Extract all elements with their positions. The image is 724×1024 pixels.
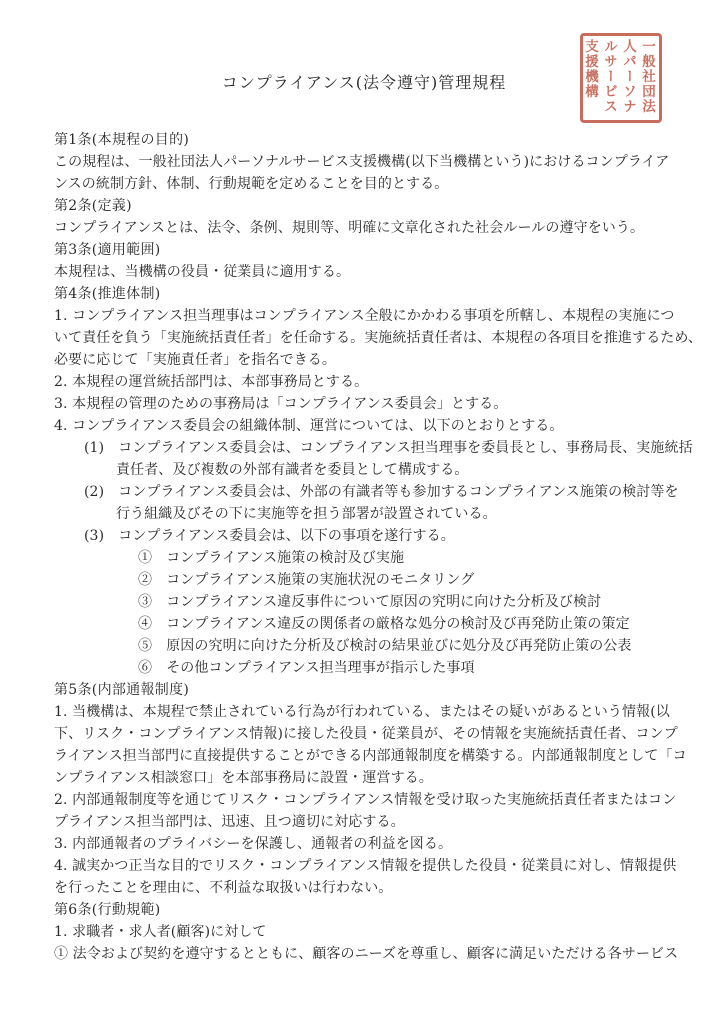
document-line: 第6条(行動規範) (54, 899, 676, 921)
document-line: 第1条(本規程の目的) (54, 129, 676, 151)
document-line: 3. 内部通報者のプライバシーを保護し、通報者の利益を図る。 (54, 833, 676, 855)
document-line: ④ コンプライアンス違反の関係者の厳格な処分の検討及び再発防止策の策定 (54, 613, 676, 635)
document-line: 第3条(適用範囲) (54, 239, 676, 261)
document-line: 3. 本規程の管理のための事務局は「コンプライアンス委員会」とする。 (54, 393, 676, 415)
document-line: を行ったことを理由に、不利益な取扱いは行わない。 (54, 877, 676, 899)
document-line: 1. コンプライアンス担当理事はコンプライアンス全般にかかわる事項を所轄し、本規… (54, 305, 676, 327)
document-line: 第2条(定義) (54, 195, 676, 217)
document-line: ⑤ 原因の究明に向けた分析及び検討の結果並びに処分及び再発防止策の公表 (54, 635, 676, 657)
document-line: ③ コンプライアンス違反事件について原因の究明に向けた分析及び検討 (54, 591, 676, 613)
document-line: (3) コンプライアンス委員会は、以下の事項を遂行する。 (54, 525, 676, 547)
document-line: 必要に応じて「実施責任者」を指名できる。 (54, 349, 676, 371)
seal-text: 一般社団法人パーソナルサービス支援機構 (582, 39, 655, 114)
document-line: 2. 本規程の運営統括部門は、本部事務局とする。 (54, 371, 676, 393)
document-line: コンプライアンスとは、法令、条例、規則等、明確に文章化された社会ルールの遵守をい… (54, 217, 676, 239)
document-line: 行う組織及びその下に実施等を担う部署が設置されている。 (54, 503, 676, 525)
document-line: ンプライアンス相談窓口」を本部事務局に設置・運営する。 (54, 767, 676, 789)
document-line: この規程は、一般社団法人パーソナルサービス支援機構(以下当機構という)におけるコ… (54, 151, 676, 173)
document-line: ライアンス担当部門に直接提供することができる内部通報制度を構築する。内部通報制度… (54, 745, 676, 767)
document-line: 責任者、及び複数の外部有識者を委員として構成する。 (54, 459, 676, 481)
document-line: 1. 当機構は、本規程で禁止されている行為が行われている、またはその疑いがあると… (54, 701, 676, 723)
document-body: 第1条(本規程の目的)この規程は、一般社団法人パーソナルサービス支援機構(以下当… (54, 129, 676, 965)
company-seal-stamp: 一般社団法人パーソナルサービス支援機構 (580, 33, 662, 123)
document-line: 第5条(内部通報制度) (54, 679, 676, 701)
document-line: 下、リスク・コンプライアンス情報)に接した役員・従業員が、その情報を実施統括責任… (54, 723, 676, 745)
document-line: (1) コンプライアンス委員会は、コンプライアンス担当理事を委員長とし、事務局長… (54, 437, 676, 459)
document-line: ンスの統制方針、体制、行動規範を定めることを目的とする。 (54, 173, 676, 195)
document-line: ② コンプライアンス施策の実施状況のモニタリング (54, 569, 676, 591)
document-line: 2. 内部通報制度等を通じてリスク・コンプライアンス情報を受け取った実施統括責任… (54, 789, 676, 811)
document-line: ⑥ その他コンプライアンス担当理事が指示した事項 (54, 657, 676, 679)
document-page: コンプライアンス(法令遵守)管理規程 一般社団法人パーソナルサービス支援機構 第… (0, 0, 724, 1024)
document-line: いて責任を負う「実施統括責任者」を任命する。実施統括責任者は、本規程の各項目を推… (54, 327, 676, 349)
document-line: 第4条(推進体制) (54, 283, 676, 305)
document-line: 4. 誠実かつ正当な目的でリスク・コンプライアンス情報を提供した役員・従業員に対… (54, 855, 676, 877)
document-line: 1. 求職者・求人者(顧客)に対して (54, 921, 676, 943)
document-line: (2) コンプライアンス委員会は、外部の有識者等も参加するコンプライアンス施策の… (54, 481, 676, 503)
document-line: ① コンプライアンス施策の検討及び実施 (54, 547, 676, 569)
document-line: 本規程は、当機構の役員・従業員に適用する。 (54, 261, 676, 283)
document-line: 4. コンプライアンス委員会の組織体制、運営については、以下のとおりとする。 (54, 415, 676, 437)
document-line: プライアンス担当部門は、迅速、且つ適切に対応する。 (54, 811, 676, 833)
document-line: ① 法令および契約を遵守するとともに、顧客のニーズを尊重し、顧客に満足いただける… (54, 943, 676, 965)
